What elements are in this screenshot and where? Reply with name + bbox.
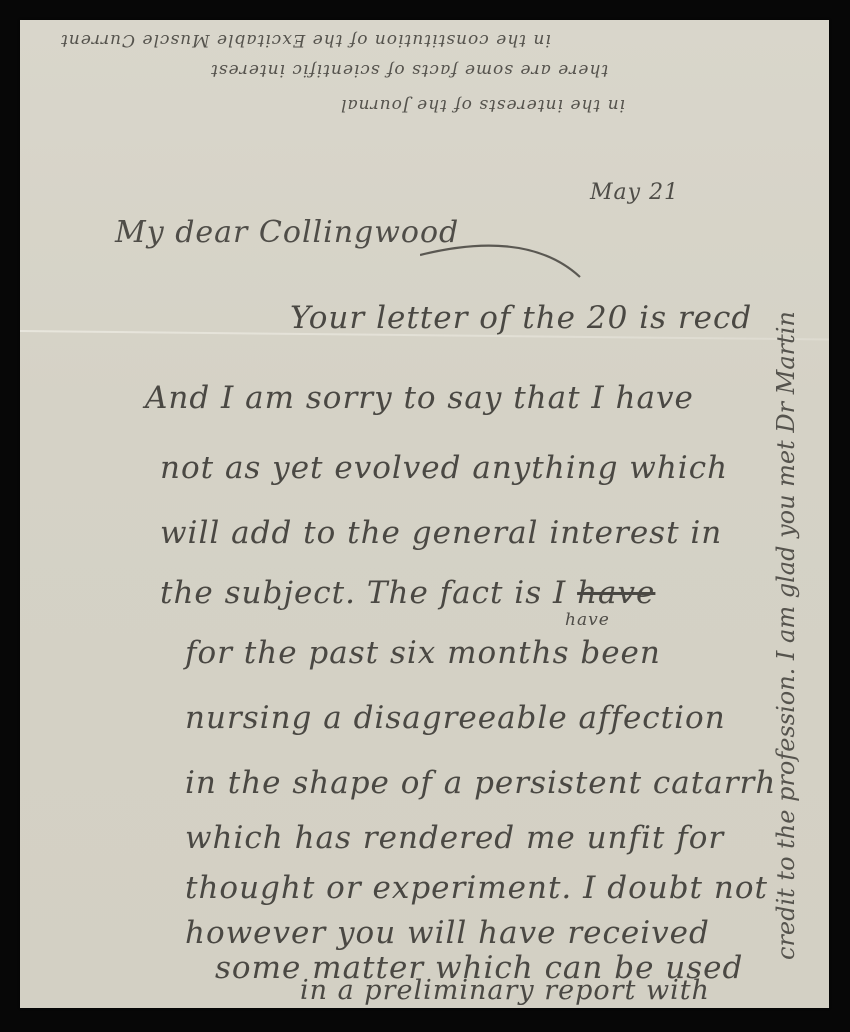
body-line-2: And I am sorry to say that I have [145, 380, 694, 416]
body-line-6: for the past six months been [185, 635, 661, 671]
body-line-5-text: the subject. The fact is I [160, 575, 566, 611]
body-line-7: nursing a disagreeable affection [185, 700, 726, 736]
letter-page: in the constitution of the Excitable Mus… [20, 20, 829, 1008]
body-line-3: not as yet evolved anything which [160, 450, 728, 486]
body-line-11: however you will have received [185, 915, 710, 951]
inserted-word: have [565, 610, 610, 630]
inverted-postscript-line-3: in the interests of the Journal [340, 95, 625, 115]
body-line-1: Your letter of the 20 is recd [290, 300, 752, 336]
body-line-5: the subject. The fact is I have [160, 575, 655, 611]
body-line-4: will add to the general interest in [160, 515, 722, 551]
letter-date: May 21 [590, 180, 679, 205]
body-line-10: thought or experiment. I doubt not [185, 870, 768, 906]
body-line-9: which has rendered me unfit for [185, 820, 724, 856]
margin-note-vertical: credit to the profession. I am glad you … [772, 311, 800, 960]
struck-word: have [577, 575, 655, 611]
body-line-8: in the shape of a persistent catarrh [185, 765, 776, 801]
inverted-postscript-line-2: there are some facts of scientific inter… [210, 60, 608, 80]
letter-greeting: My dear Collingwood [115, 215, 459, 250]
body-line-13: in a preliminary report with [300, 975, 710, 1006]
inverted-postscript-line-1: in the constitution of the Excitable Mus… [60, 30, 551, 50]
greeting-flourish [420, 235, 590, 285]
